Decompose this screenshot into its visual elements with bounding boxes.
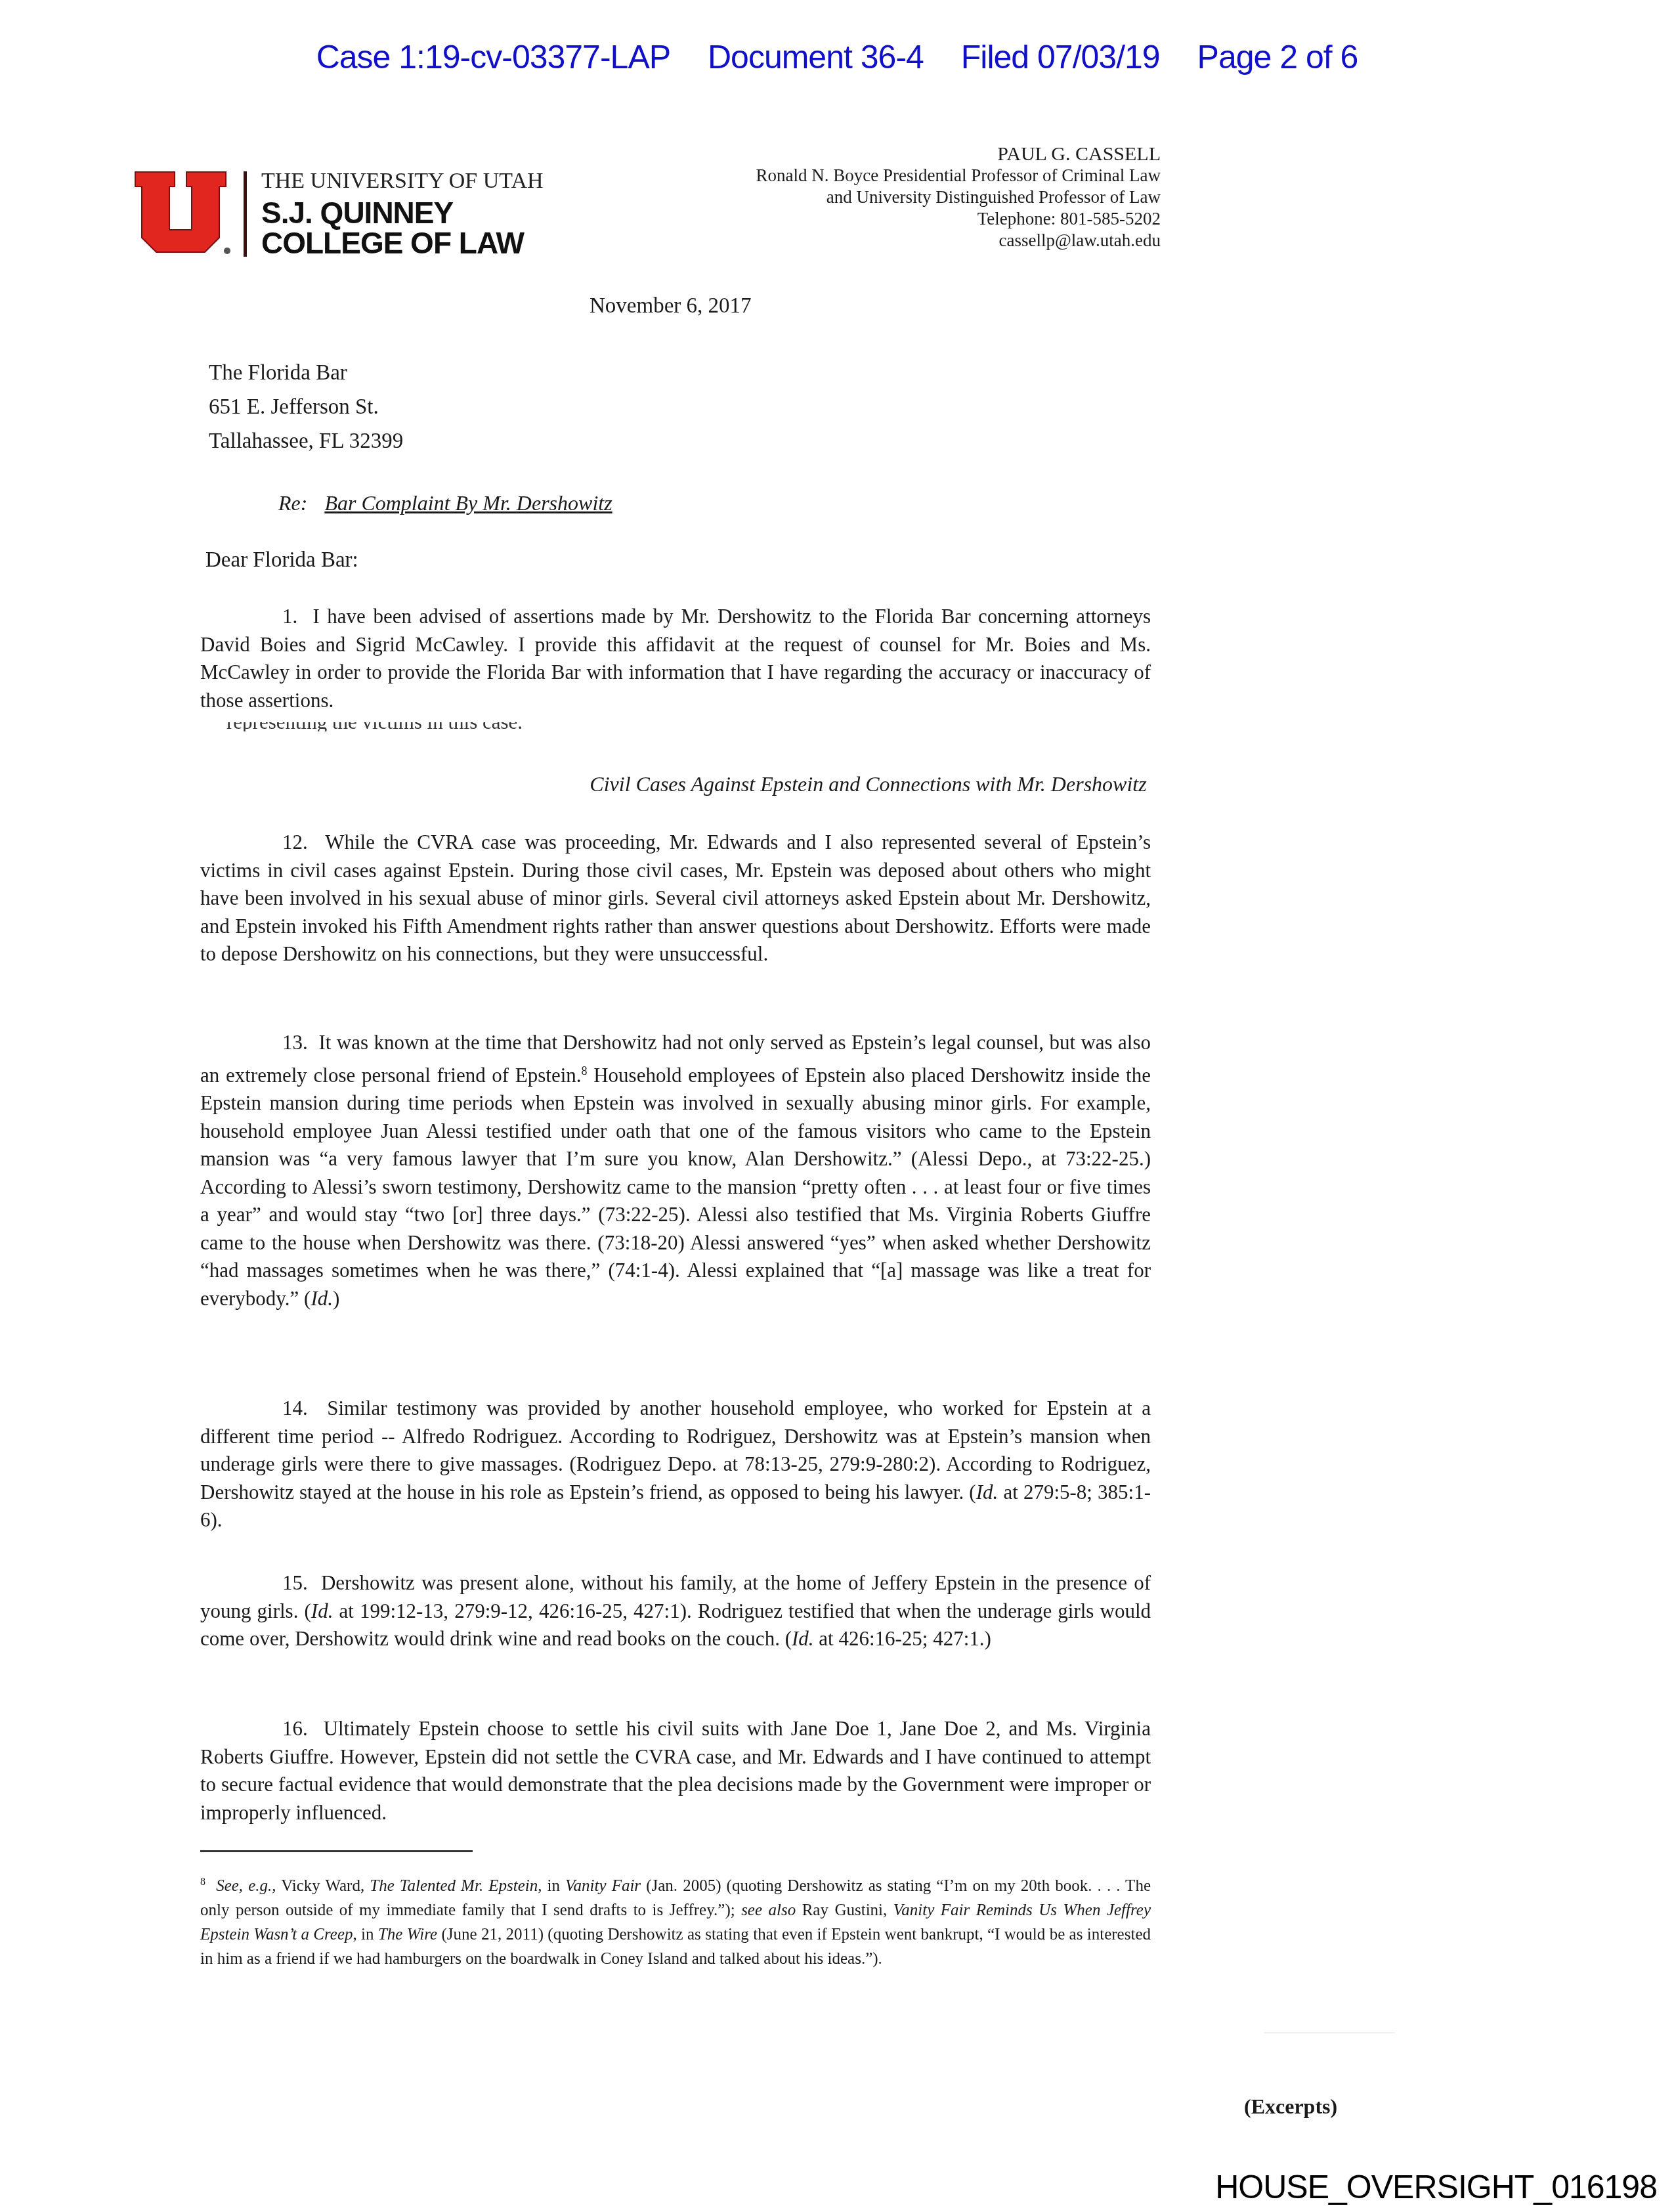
sender-email: cassellp@law.utah.edu <box>756 230 1161 251</box>
paragraph-13: 13. It was known at the time that Dersho… <box>200 1029 1151 1312</box>
excerpts-label: (Excerpts) <box>1244 2094 1337 2119</box>
re-subject: Bar Complaint By Mr. Dershowitz <box>324 491 612 515</box>
re-label: Re: <box>278 491 307 515</box>
footnote-marker: 8 <box>200 1876 205 1888</box>
paragraph-text: Ultimately Epstein choose to settle his … <box>200 1717 1151 1824</box>
page-indicator: Page 2 of 6 <box>1197 39 1358 76</box>
salutation: Dear Florida Bar: <box>205 548 358 573</box>
filed-date: Filed 07/03/19 <box>961 39 1160 76</box>
scan-artifact <box>1264 2032 1395 2033</box>
paragraph-number: 16. <box>282 1717 308 1740</box>
recipient-line: Tallahassee, FL 32399 <box>209 424 403 458</box>
paragraph-14: 14. Similar testimony was provided by an… <box>200 1395 1151 1534</box>
recipient-line: 651 E. Jefferson St. <box>209 390 403 424</box>
letter-date: November 6, 2017 <box>590 294 752 318</box>
court-filing-header: Case 1:19-cv-03377-LAP Document 36-4 Fil… <box>0 38 1674 76</box>
paragraph-number: 13. <box>282 1031 308 1054</box>
sender-name: PAUL G. CASSELL <box>756 143 1161 165</box>
logo-university-name: THE UNIVERSITY OF UTAH <box>261 170 543 192</box>
logo-divider <box>244 171 247 257</box>
section-heading: Civil Cases Against Epstein and Connecti… <box>0 772 1674 796</box>
paragraph-number: 14. <box>282 1397 308 1420</box>
recipient-line: The Florida Bar <box>209 356 403 390</box>
document-number: Document 36-4 <box>708 39 924 76</box>
re-line: Re:Bar Complaint By Mr. Dershowitz <box>278 491 612 515</box>
paragraph-number: 1. <box>282 605 297 628</box>
footnote-8: 8 See, e.g., Vicky Ward, The Talented Mr… <box>200 1870 1151 1971</box>
footnote-divider <box>200 1850 473 1852</box>
block-u-icon <box>131 169 233 258</box>
sender-block: PAUL G. CASSELL Ronald N. Boyce Presiden… <box>756 143 1161 251</box>
paragraph-16: 16. Ultimately Epstein choose to settle … <box>200 1715 1151 1827</box>
university-logo: THE UNIVERSITY OF UTAH S.J. QUINNEY COLL… <box>131 169 543 258</box>
logo-college-name: COLLEGE OF LAW <box>261 228 543 258</box>
sender-phone: Telephone: 801-585-5202 <box>756 208 1161 230</box>
sender-title-1: Ronald N. Boyce Presidential Professor o… <box>756 165 1161 186</box>
paragraph-number: 12. <box>282 831 308 854</box>
footnote-reference: 8 <box>582 1064 588 1077</box>
paragraph-12: 12. While the CVRA case was proceeding, … <box>200 829 1151 968</box>
sender-title-2: and University Distinguished Professor o… <box>756 186 1161 208</box>
paragraph-text: While the CVRA case was proceeding, Mr. … <box>200 831 1151 965</box>
paragraph-number: 15. <box>282 1571 308 1594</box>
bates-number: HOUSE_OVERSIGHT_016198 <box>1215 2168 1657 2206</box>
case-number: Case 1:19-cv-03377-LAP <box>316 39 670 76</box>
paragraph-text: I have been advised of assertions made b… <box>200 605 1151 712</box>
recipient-address: The Florida Bar 651 E. Jefferson St. Tal… <box>209 356 403 458</box>
paragraph-15: 15. Dershowitz was present alone, withou… <box>200 1569 1151 1653</box>
paragraph-1: 1. I have been advised of assertions mad… <box>200 603 1151 714</box>
logo-school-name: S.J. QUINNEY <box>261 198 543 228</box>
cutoff-line: representing the victims in this case. <box>226 722 523 731</box>
